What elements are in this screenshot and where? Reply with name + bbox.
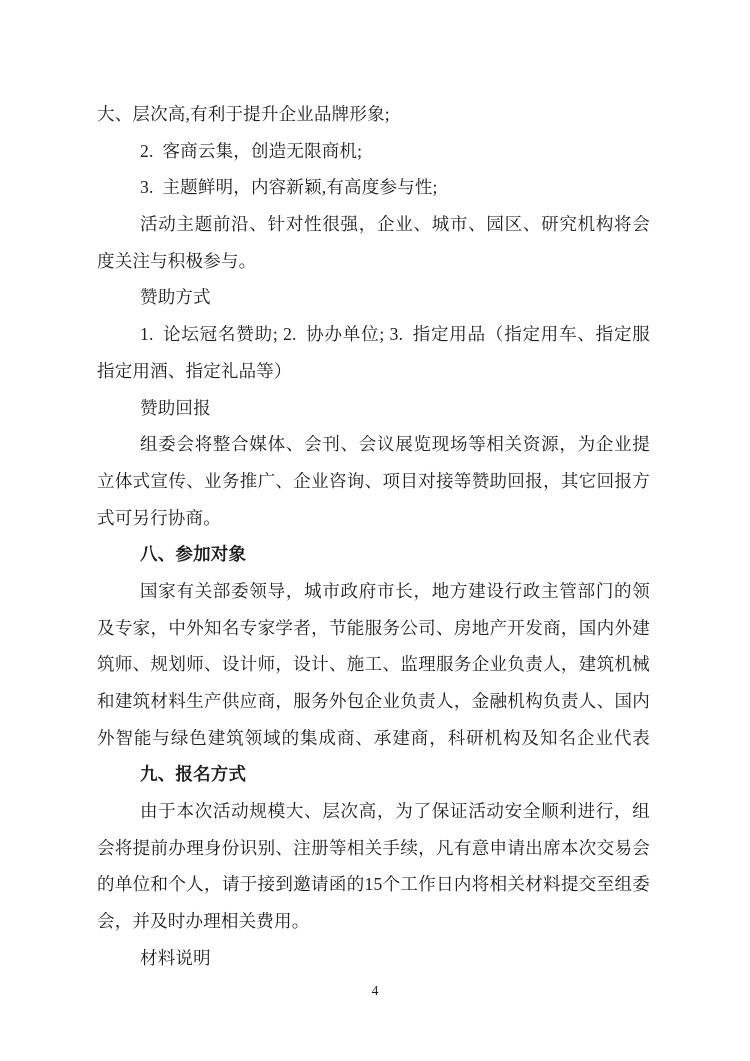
list-item-2: 2. 客商云集，创造无限商机; bbox=[97, 133, 650, 170]
paragraph-line: 度关注与积极参与。 bbox=[97, 243, 650, 280]
section-heading-8-participants: 八、参加对象 bbox=[97, 536, 650, 573]
paragraph-line: 活动主题前沿、针对性很强，企业、城市、园区、研究机构将会高 bbox=[97, 206, 650, 243]
subheading-sponsorship-returns: 赞助回报 bbox=[97, 390, 650, 427]
paragraph-line: 和建筑材料生产供应商，服务外包企业负责人，金融机构负责人、国内 bbox=[97, 683, 650, 720]
document-page: 大、层次高,有利于提升企业品牌形象; 2. 客商云集，创造无限商机; 3. 主题… bbox=[0, 0, 750, 1061]
paragraph-line: 大、层次高,有利于提升企业品牌形象; bbox=[97, 96, 650, 133]
paragraph-line: 外智能与绿色建筑领域的集成商、承建商，科研机构及知名企业代表等。 bbox=[97, 720, 650, 757]
list-item-3: 3. 主题鲜明，内容新颖,有高度参与性; bbox=[97, 169, 650, 206]
paragraph-line: 的单位和个人，请于接到邀请函的15个工作日内将相关材料提交至组委 bbox=[97, 866, 650, 903]
page-number: 4 bbox=[0, 982, 750, 1000]
paragraph-line: 组委会将整合媒体、会刊、会议展览现场等相关资源，为企业提供 bbox=[97, 426, 650, 463]
paragraph-line: 会，并及时办理相关费用。 bbox=[97, 903, 650, 940]
paragraph-line: 由于本次活动规模大、层次高，为了保证活动安全顺利进行，组委 bbox=[97, 793, 650, 830]
list-sponsorship-options-line: 1. 论坛冠名赞助; 2. 协办单位; 3. 指定用品（指定用车、指定服装、 bbox=[97, 316, 650, 353]
paragraph-line: 式可另行协商。 bbox=[97, 500, 650, 537]
document-body: 大、层次高,有利于提升企业品牌形象; 2. 客商云集，创造无限商机; 3. 主题… bbox=[97, 96, 650, 977]
paragraph-line: 立体式宣传、业务推广、企业咨询、项目对接等赞助回报，其它回报方 bbox=[97, 463, 650, 500]
paragraph-line: 筑师、规划师、设计师，设计、施工、监理服务企业负责人，建筑机械 bbox=[97, 646, 650, 683]
paragraph-line: 国家有关部委领导，城市政府市长，地方建设行政主管部门的领导 bbox=[97, 573, 650, 610]
section-heading-9-registration: 九、报名方式 bbox=[97, 756, 650, 793]
subheading-material-note: 材料说明 bbox=[97, 940, 650, 977]
list-sponsorship-options-line: 指定用酒、指定礼品等） bbox=[97, 353, 650, 390]
subheading-sponsorship-method: 赞助方式 bbox=[97, 279, 650, 316]
paragraph-line: 会将提前办理身份识别、注册等相关手续，凡有意申请出席本次交易会 bbox=[97, 830, 650, 867]
paragraph-line: 及专家，中外知名专家学者，节能服务公司、房地产开发商，国内外建 bbox=[97, 610, 650, 647]
